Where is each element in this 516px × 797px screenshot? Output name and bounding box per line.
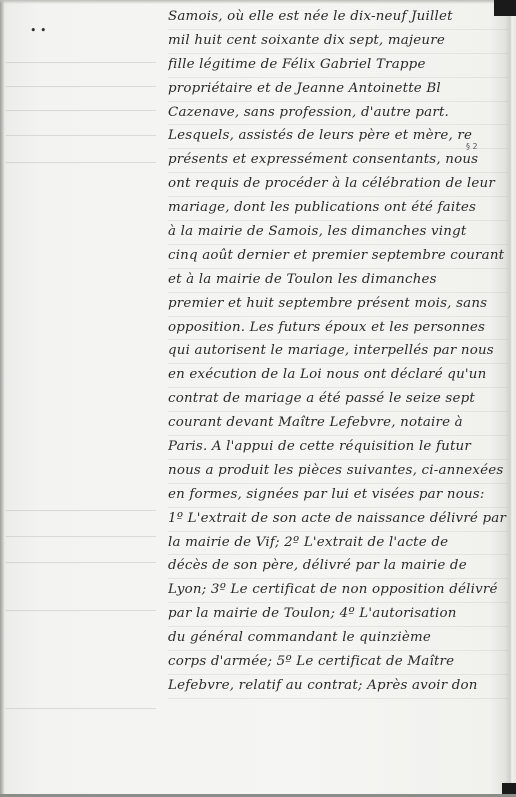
text-line: par la mairie de Toulon; 4º L'autorisati… [168,603,508,627]
margin-ruled-line [6,62,156,63]
text-line: Lefebvre, relatif au contrat; Après avoi… [168,675,508,699]
text-line: et à la mairie de Toulon les dimanches [168,269,508,293]
text-line: opposition. Les futurs époux et les pers… [168,317,508,341]
text-line: Cazenave, sans profession, d'autre part. [168,102,508,126]
text-line: qui autorisent le mariage, interpellés p… [168,340,508,364]
text-line: premier et huit septembre présent mois, … [168,293,508,317]
text-line: en formes, signées par lui et visées par… [168,484,508,508]
margin-ruled-line [6,510,156,511]
text-line: décès de son père, délivré par la mairie… [168,555,508,579]
margin-ruled-line [6,86,156,87]
text-line: du général commandant le quinzième [168,627,508,651]
text-line: présents et expressément consentants, no… [168,149,508,173]
text-line: Samois, où elle est née le dix-neuf Juil… [168,6,508,30]
binding-left-edge [0,0,4,797]
text-line: Paris. A l'appui de cette réquisition le… [168,436,508,460]
top-page-shadow [0,0,516,4]
margin-ruled-line [6,708,156,709]
text-line: nous a produit les pièces suivantes, ci-… [168,460,508,484]
text-line: ont requis de procéder à la célébration … [168,173,508,197]
text-line: contrat de mariage a été passé le seize … [168,388,508,412]
text-line: cinq août dernier et premier septembre c… [168,245,508,269]
margin-ruled-line [6,562,156,563]
text-line: mariage, dont les publications ont été f… [168,197,508,221]
margin-ruled-line [6,162,156,163]
text-line: Lyon; 3º Le certificat de non opposition… [168,579,508,603]
margin-ruled-line [6,610,156,611]
text-line: propriétaire et de Jeanne Antoinette Bl [168,78,508,102]
text-line: Lesquels, assistés de leurs père et mère… [168,125,508,149]
text-line: mil huit cent soixante dix sept, majeure [168,30,508,54]
text-line: fille légitime de Félix Gabriel Trappe [168,54,508,78]
text-line: à la mairie de Samois, les dimanches vin… [168,221,508,245]
margin-ruled-line [6,536,156,537]
text-line: corps d'armée; 5º Le certificat de Maîtr… [168,651,508,675]
margin-ruled-line [6,110,156,111]
text-line: courant devant Maître Lefebvre, notaire … [168,412,508,436]
ink-blot-mark: • • [30,24,46,37]
margin-ruled-line [6,135,156,136]
register-page: • • § 2 Samois, où elle est née le dix-n… [0,0,516,797]
text-line: 1º L'extrait de son acte de naissance dé… [168,508,508,532]
text-line: en exécution de la Loi nous ont déclaré … [168,364,508,388]
text-line: la mairie de Vif; 2º L'extrait de l'acte… [168,532,508,556]
handwritten-text-block: Samois, où elle est née le dix-neuf Juil… [168,6,508,699]
